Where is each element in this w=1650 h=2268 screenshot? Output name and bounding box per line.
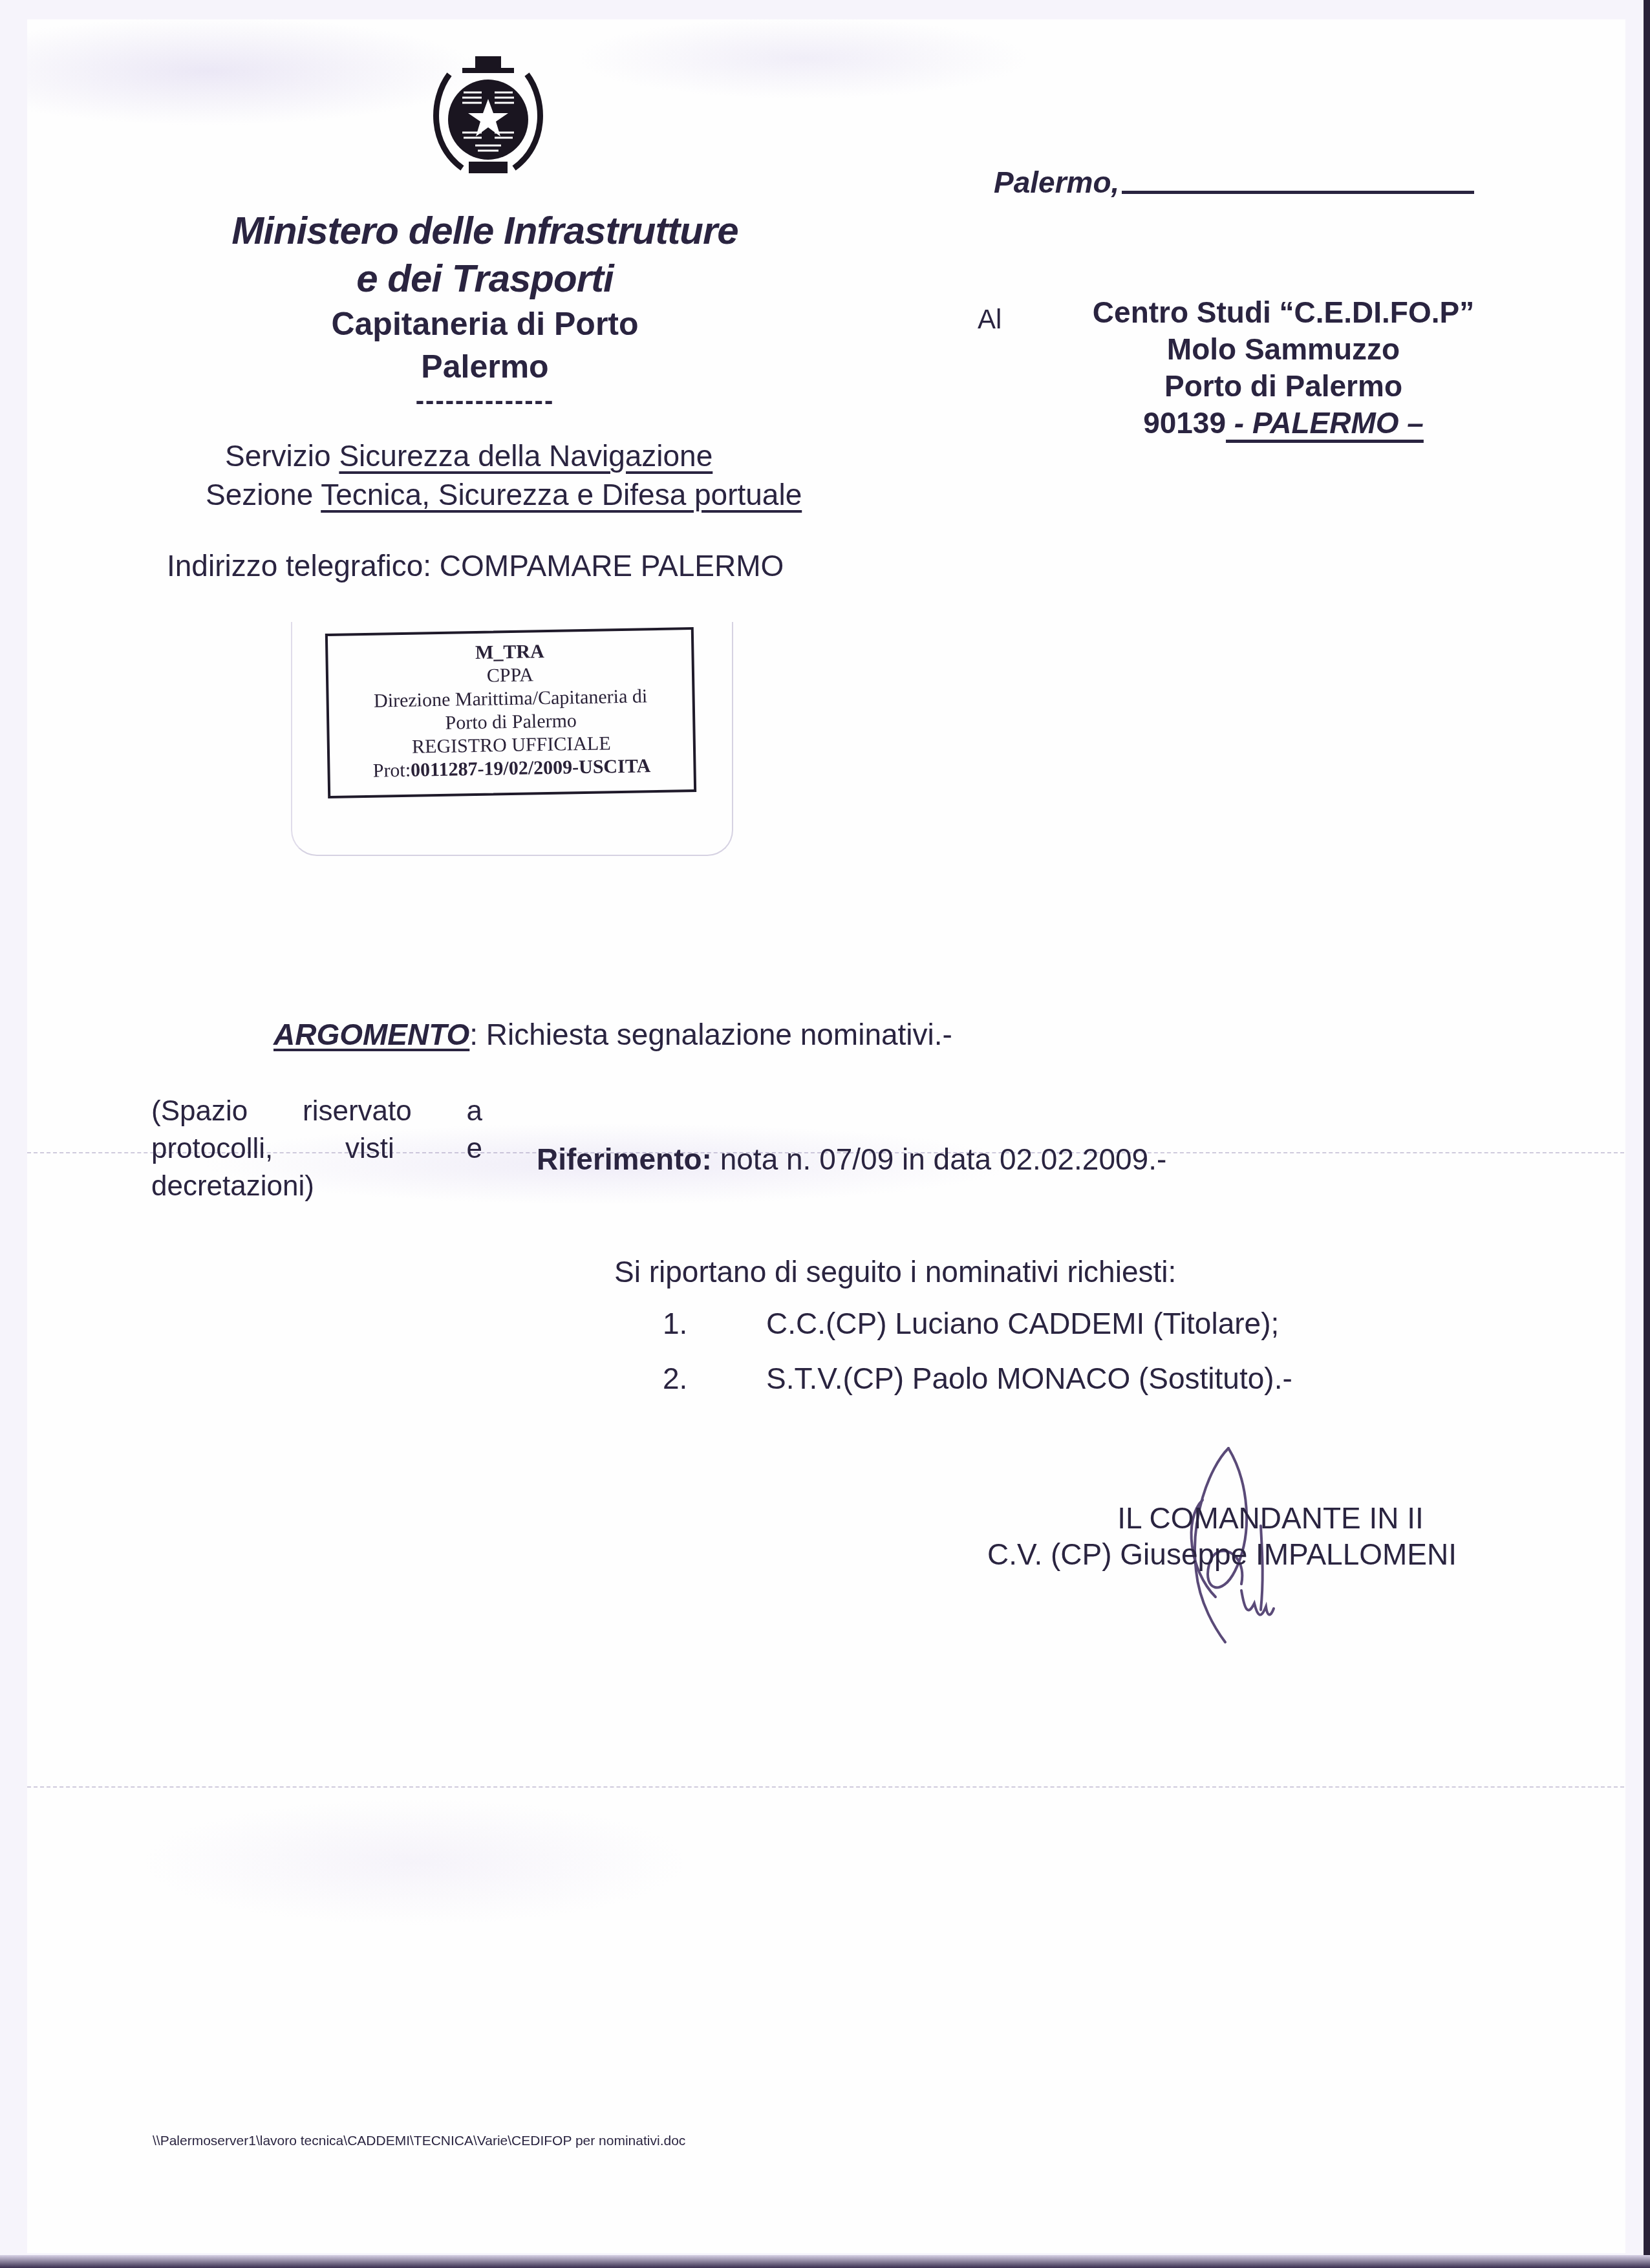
- heading-separator: --------------: [162, 388, 808, 414]
- office-name-line1: Capitaneria di Porto: [162, 303, 808, 345]
- reserved-line2: protocolli, visti e: [151, 1130, 482, 1168]
- subject-label: ARGOMENTO: [273, 1018, 469, 1051]
- telegraph-address: Indirizzo telegrafico: COMPAMARE PALERMO: [167, 548, 784, 583]
- scan-edge-right: [1644, 0, 1650, 2256]
- list-item-number: 2.: [663, 1361, 766, 1396]
- reserved-line3: decretazioni): [151, 1168, 482, 1205]
- date-place: Palermo,: [994, 166, 1119, 199]
- date-blank: [1122, 191, 1474, 194]
- file-path-footer: \\Palermoserver1\lavoro tecnica\CADDEMI\…: [153, 2134, 685, 2149]
- reference-label: Riferimento:: [537, 1142, 712, 1176]
- ministry-name-line2: e dei Trasporti: [162, 255, 808, 303]
- recipient-line3: Porto di Palermo: [1028, 368, 1539, 405]
- section-label: Sezione: [206, 478, 313, 511]
- list-item: 1.C.C.(CP) Luciano CADDEMI (Titolare);: [663, 1306, 1279, 1341]
- stamp-prot-label: Prot:: [372, 760, 411, 782]
- subject-text: : Richiesta segnalazione nominativi.-: [469, 1018, 952, 1051]
- office-name-line2: Palermo: [162, 345, 808, 388]
- reserved-line1: (Spazio riservato a: [151, 1093, 482, 1130]
- recipient-line2: Molo Sammuzzo: [1028, 331, 1539, 368]
- stamp-prot-value: 0011287-19/02/2009-USCITA: [411, 755, 651, 780]
- reserved-space-note: (Spazio riservato a protocolli, visti e …: [151, 1093, 482, 1205]
- section-line: Sezione Tecnica, Sicurezza e Difesa port…: [206, 477, 802, 512]
- service-label: Servizio: [225, 439, 331, 473]
- recipient-line4: 90139 - PALERMO –: [1028, 405, 1539, 442]
- service-line: Servizio Sicurezza della Navigazione: [225, 438, 712, 473]
- reference-text: nota n. 07/09 in data 02.02.2009.-: [712, 1142, 1166, 1176]
- paper-fold-line: [27, 1786, 1624, 1789]
- italian-republic-emblem-icon: [423, 48, 553, 184]
- recipient-line1: Centro Studi “C.E.DI.FO.P”: [1028, 294, 1539, 331]
- signer-name: C.V. (CP) Giuseppe IMPALLOMENI: [931, 1536, 1513, 1572]
- protocol-stamp: M_TRA CPPA Direzione Marittima/Capitaner…: [325, 627, 696, 798]
- recipient-city: - PALERMO –: [1226, 406, 1424, 440]
- scan-edge-bottom: [0, 2255, 1650, 2268]
- list-item: 2.S.T.V.(CP) Paolo MONACO (Sostituto).-: [663, 1361, 1292, 1396]
- service-value: Sicurezza della Navigazione: [339, 439, 712, 473]
- signature-block: IL COMANDANTE IN II C.V. (CP) Giuseppe I…: [931, 1500, 1513, 1572]
- recipient-postcode: 90139: [1143, 406, 1226, 440]
- reference-line: Riferimento: nota n. 07/09 in data 02.02…: [537, 1142, 1166, 1177]
- recipient-prefix: Al: [978, 304, 1002, 335]
- list-item-text: C.C.(CP) Luciano CADDEMI (Titolare);: [766, 1307, 1279, 1340]
- list-item-number: 1.: [663, 1306, 766, 1341]
- ministry-name-line1: Ministero delle Infrastrutture: [162, 207, 808, 255]
- list-item-text: S.T.V.(CP) Paolo MONACO (Sostituto).-: [766, 1362, 1292, 1395]
- body-intro: Si riportano di seguito i nominativi ric…: [614, 1254, 1176, 1289]
- ministry-heading: Ministero delle Infrastrutture e dei Tra…: [162, 207, 808, 414]
- subject-line: ARGOMENTO: Richiesta segnalazione nomina…: [273, 1017, 952, 1052]
- recipient-address: Centro Studi “C.E.DI.FO.P” Molo Sammuzzo…: [1028, 294, 1539, 442]
- section-value: Tecnica, Sicurezza e Difesa portuale: [321, 478, 802, 511]
- signer-title: IL COMANDANTE IN II: [931, 1500, 1513, 1536]
- date-line: Palermo,: [994, 165, 1474, 200]
